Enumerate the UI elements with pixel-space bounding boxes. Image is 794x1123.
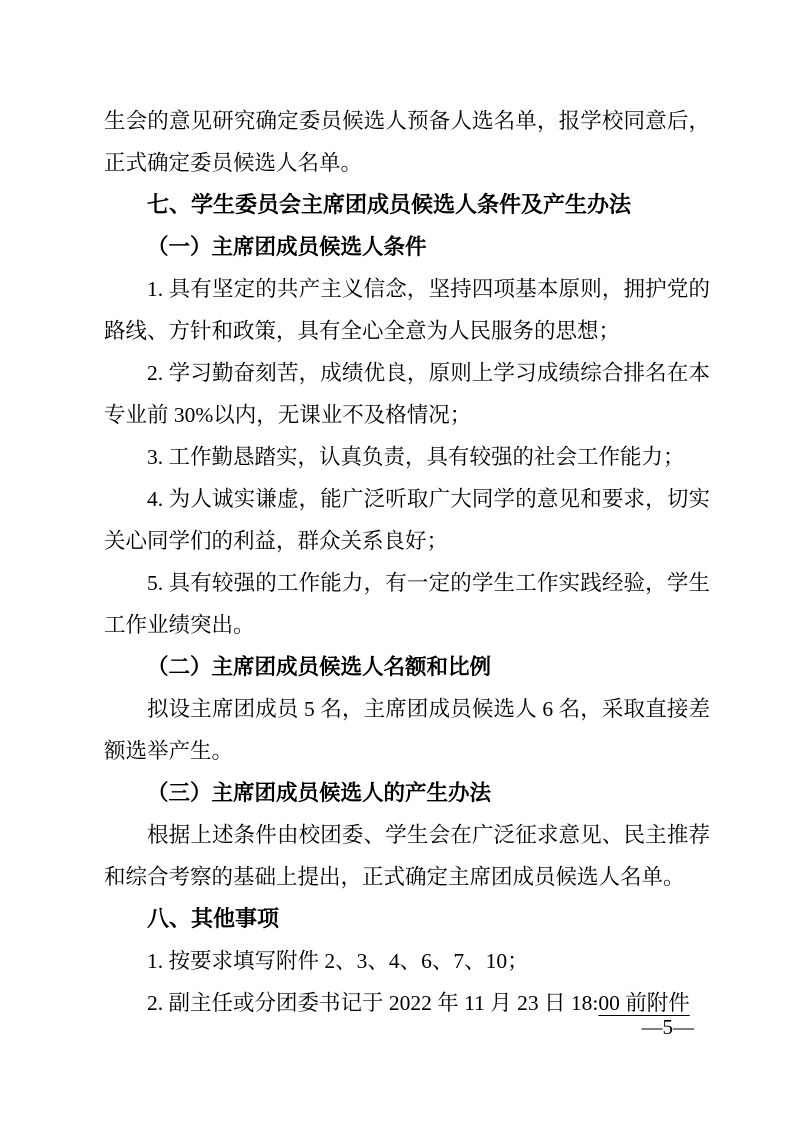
deadline-underlined-text: 00 前附件 — [598, 991, 689, 1015]
subheading-1-candidate-conditions: （一）主席团成员候选人条件 — [104, 226, 710, 268]
subheading-3-selection-method: （三）主席团成员候选人的产生办法 — [104, 772, 710, 814]
paragraph-committee-list-continuation: 生会的意见研究确定委员候选人预备人选名单，报学校同意后，正式确定委员候选人名单。 — [104, 100, 710, 184]
section-heading-7-presidium-candidates: 七、学生委员会主席团成员候选人条件及产生办法 — [104, 184, 710, 226]
paragraph-quota-detail: 拟设主席团成员 5 名，主席团成员候选人 6 名，采取直接差额选举产生。 — [104, 688, 710, 772]
paragraph-other-1-attachments: 1. 按要求填写附件 2、3、4、6、7、10； — [104, 940, 710, 982]
section-heading-8-other-matters: 八、其他事项 — [104, 898, 710, 940]
paragraph-condition-2: 2. 学习勤奋刻苦，成绩优良，原则上学习成绩综合排名在本专业前 30%以内，无课… — [104, 352, 710, 436]
deadline-text: 2. 副主任或分团委书记于 2022 年 11 月 23 日 18: — [147, 991, 598, 1015]
paragraph-other-2-deadline: 2. 副主任或分团委书记于 2022 年 11 月 23 日 18:00 前附件 — [104, 982, 710, 1024]
document-page: 生会的意见研究确定委员候选人预备人选名单，报学校同意后，正式确定委员候选人名单。… — [0, 0, 794, 1123]
paragraph-selection-detail: 根据上述条件由校团委、学生会在广泛征求意见、民主推荐和综合考察的基础上提出，正式… — [104, 814, 710, 898]
paragraph-condition-3: 3. 工作勤恳踏实，认真负责，具有较强的社会工作能力； — [104, 436, 710, 478]
paragraph-condition-4: 4. 为人诚实谦虚，能广泛听取广大同学的意见和要求，切实关心同学们的利益，群众关… — [104, 478, 710, 562]
page-number: —5— — [642, 1013, 695, 1041]
paragraph-condition-5: 5. 具有较强的工作能力，有一定的学生工作实践经验，学生工作业绩突出。 — [104, 562, 710, 646]
paragraph-condition-1: 1. 具有坚定的共产主义信念，坚持四项基本原则，拥护党的路线、方针和政策，具有全… — [104, 268, 710, 352]
subheading-2-quota-ratio: （二）主席团成员候选人名额和比例 — [104, 646, 710, 688]
document-body: 生会的意见研究确定委员候选人预备人选名单，报学校同意后，正式确定委员候选人名单。… — [104, 100, 710, 1024]
